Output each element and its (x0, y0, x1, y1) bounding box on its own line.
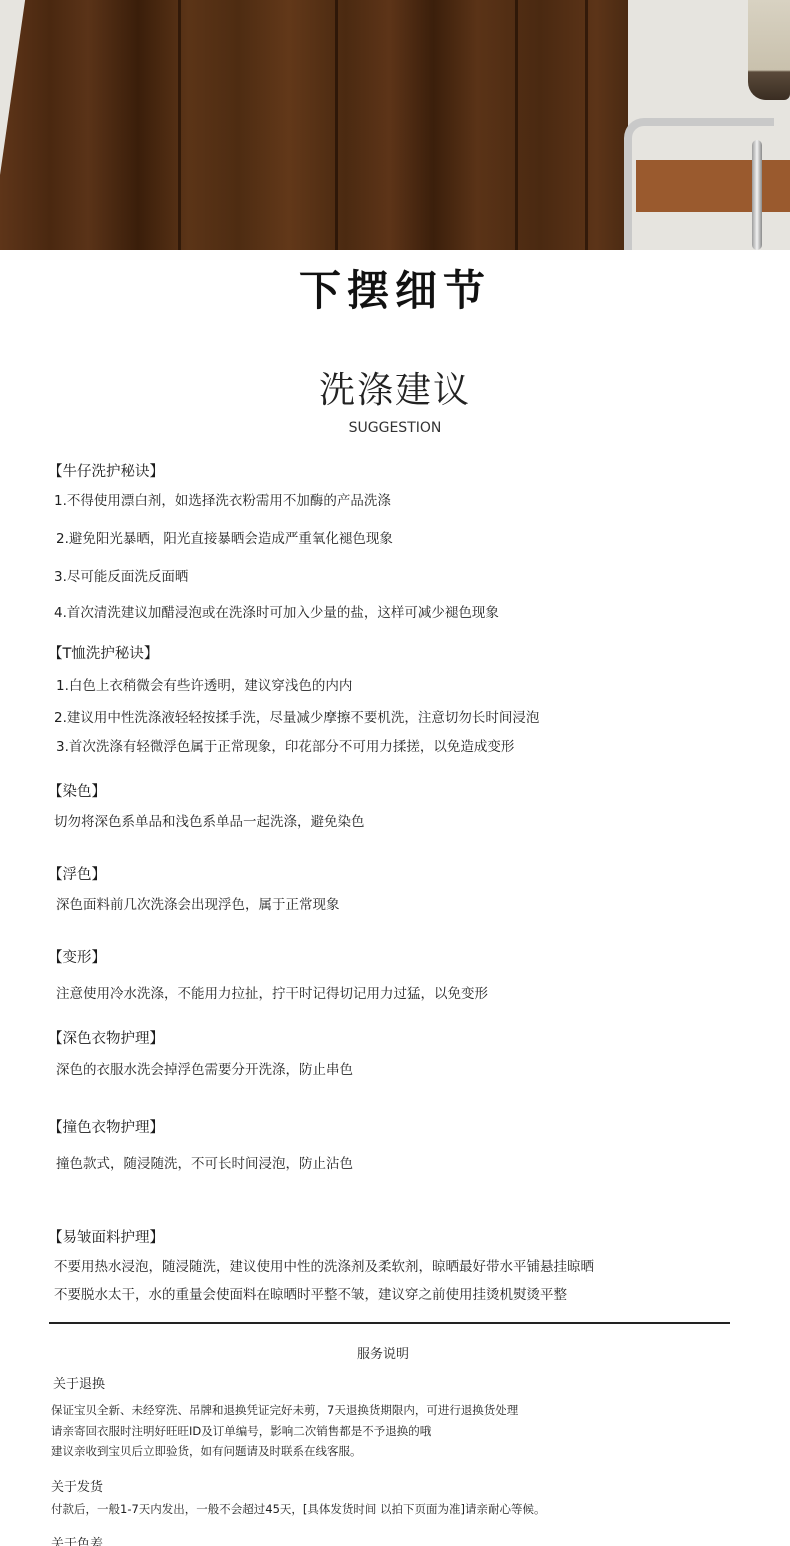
dark-clothing-line-1: 深色的衣服水洗会掉浮色需要分开洗涤，防止串色 (56, 1058, 353, 1078)
floating-color-line-1: 深色面料前几次洗涤会出现浮色，属于正常现象 (56, 893, 340, 913)
wrinkle-fabric-line-1: 不要用热水浸泡，随浸随洗，建议使用中性的洗涤剂及柔软剂，晾晒最好带水平铺悬挂晾晒 (54, 1255, 594, 1275)
denim-line-3: 3.尽可能反面洗反面晒 (54, 565, 188, 585)
section-divider (49, 1322, 730, 1324)
wash-advice-title: 洗涤建议 (0, 362, 790, 413)
deformation-line-1: 注意使用冷水洗涤，不能用力拉扯，拧干时记得切记用力过猛，以免变形 (56, 982, 488, 1002)
skirt-pleat (178, 0, 181, 250)
returns-line-3: 建议亲收到宝贝后立即验货，如有问题请及时联系在线客服。 (51, 1443, 362, 1459)
wrinkle-fabric-line-2: 不要脱水太干，水的重量会使面料在晾晒时平整不皱，建议穿之前使用挂烫机熨烫平整 (54, 1283, 567, 1303)
section-heading-tshirt: 【T恤洗护秘诀】 (48, 642, 158, 663)
denim-line-4: 4.首次清洗建议加醋浸泡或在洗涤时可加入少量的盐，这样可减少褪色现象 (54, 601, 499, 621)
section-heading-dark-clothing: 【深色衣物护理】 (48, 1027, 164, 1048)
denim-line-1: 1.不得使用漂白剂，如选择洗衣粉需用不加酶的产品洗涤 (54, 489, 391, 509)
denim-line-2: 2.避免阳光暴晒，阳光直接暴晒会造成严重氧化褪色现象 (56, 527, 393, 547)
section-heading-dyeing: 【染色】 (48, 780, 106, 801)
dyeing-line-1: 切勿将深色系单品和浅色系单品一起洗涤，避免染色 (54, 810, 365, 830)
skirt-pleat (515, 0, 518, 250)
contrast-color-line-1: 撞色款式，随浸随洗，不可长时间浸泡，防止沾色 (56, 1152, 353, 1172)
sweater-sleeve (748, 0, 790, 100)
product-detail-photo (0, 0, 790, 250)
skirt-pleat (585, 0, 588, 250)
service-heading-shipping: 关于发货 (51, 1476, 103, 1495)
brown-skirt-hem-image (0, 0, 628, 250)
service-description-title: 服务说明 (0, 1343, 766, 1362)
section-heading-contrast-color: 【撞色衣物护理】 (48, 1116, 164, 1137)
tshirt-line-1: 1.白色上衣稍微会有些许透明，建议穿浅色的内内 (56, 674, 352, 694)
skirt-pleat (335, 0, 338, 250)
section-heading-floating-color: 【浮色】 (48, 863, 106, 884)
section-heading-deformation: 【变形】 (48, 946, 106, 967)
hem-detail-title: 下摆细节 (0, 258, 790, 318)
section-heading-wrinkle-fabric: 【易皱面料护理】 (48, 1226, 164, 1247)
tshirt-line-3: 3.首次洗涤有轻微浮色属于正常现象，印花部分不可用力揉搓，以免造成变形 (56, 735, 514, 755)
service-heading-returns: 关于退换 (53, 1373, 105, 1392)
service-heading-color-difference: 关于色差 (51, 1533, 103, 1546)
wash-advice-subtitle: SUGGESTION (0, 420, 790, 436)
shipping-line-1: 付款后，一般1-7天内发出，一般不会超过45天，[具体发货时间 以拍下页面为准]… (51, 1501, 546, 1517)
chair-leg (752, 140, 762, 250)
section-heading-denim: 【牛仔洗护秘诀】 (48, 460, 164, 481)
tshirt-line-2: 2.建议用中性洗涤液轻轻按揉手洗，尽量减少摩擦不要机洗，注意切勿长时间浸泡 (54, 706, 539, 726)
returns-line-2: 请亲寄回衣服时注明好旺旺ID及订单编号，影响二次销售都是不予退换的哦 (51, 1423, 431, 1439)
returns-line-1: 保证宝贝全新、未经穿洗、吊牌和退换凭证完好未剪，7天退换货期限内，可进行退换货处… (51, 1402, 518, 1418)
